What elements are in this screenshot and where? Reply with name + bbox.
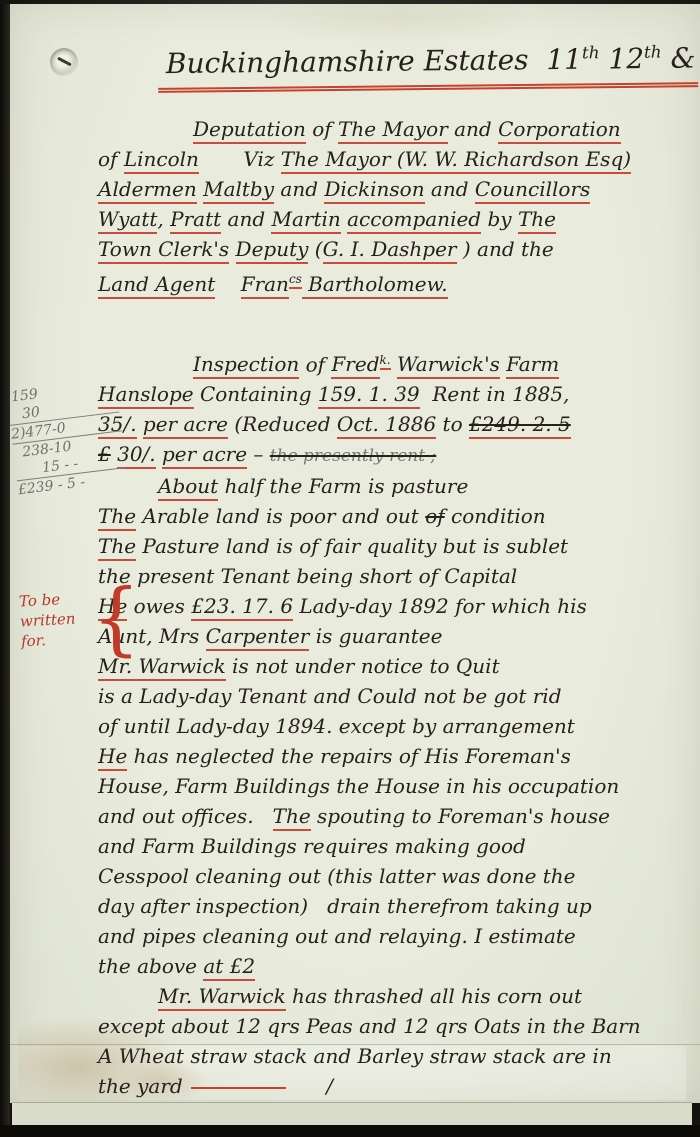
manuscript-line: £ 30/. per acre – the presently rent ; <box>98 439 696 471</box>
text-segment: Lincoln <box>124 147 199 174</box>
text-segment: The <box>98 504 136 531</box>
manuscript-line: and pipes cleaning out and relaying. I e… <box>98 921 696 951</box>
text-segment: Lady-day 1892 for which his <box>293 594 587 618</box>
manuscript-line: Aunt, Mrs Carpenter is guarantee <box>98 621 696 651</box>
text-segment: About <box>158 474 218 501</box>
text-segment: the presently rent ; <box>270 446 436 466</box>
text-segment: – <box>247 442 270 466</box>
text-segment: the yard <box>98 1074 189 1098</box>
text-segment: (Reduced <box>228 412 337 436</box>
text-segment: Carpenter <box>206 624 310 651</box>
text-segment: Deputy <box>236 237 309 264</box>
manuscript-line: Land Agent Francs Bartholomew. <box>98 264 696 299</box>
margin-brace: { <box>92 578 140 658</box>
text-segment <box>137 412 143 436</box>
text-segment: day after inspection) drain therefrom ta… <box>98 894 592 918</box>
manuscript-line: The Arable land is poor and out of condi… <box>98 501 696 531</box>
text-segment: & 13 <box>661 41 700 75</box>
text-segment: and Farm Buildings requires making good <box>98 834 526 858</box>
text-segment: Warwick's <box>397 352 500 379</box>
text-segment: and <box>221 207 271 231</box>
scanned-ledger-page: Buckinghamshire Estates 11th 12th & 13th… <box>0 0 700 1137</box>
text-segment: Bartholomew. <box>302 272 448 299</box>
text-segment <box>229 237 235 261</box>
manuscript-line: Cesspool cleaning out (this latter was d… <box>98 861 696 891</box>
text-segment: by <box>481 207 518 231</box>
text-segment: , <box>157 207 170 231</box>
text-segment: is guarantee <box>309 624 442 648</box>
text-segment: Buckinghamshire Estates <box>166 43 547 80</box>
text-segment: Arable land is poor and out <box>136 504 425 528</box>
text-segment: 12 <box>599 42 644 75</box>
manuscript-line: About half the Farm is pasture <box>98 471 696 501</box>
manuscript-line: the present Tenant being short of Capita… <box>98 561 696 591</box>
text-segment: Aldermen <box>98 177 197 204</box>
text-segment: Maltby <box>203 177 274 204</box>
paper-sheet: Buckinghamshire Estates 11th 12th & 13th… <box>10 4 700 1103</box>
text-segment: £23. 17. 6 <box>191 594 293 621</box>
text-segment: cs <box>289 272 302 289</box>
text-segment: per acre <box>143 412 228 439</box>
text-segment: of <box>299 352 331 376</box>
text-segment: the present Tenant being short of Capita… <box>98 564 517 588</box>
text-segment: Deputation <box>193 117 306 144</box>
text-segment: except about 12 qrs Peas and 12 qrs Oats… <box>98 1014 641 1038</box>
text-segment: th <box>644 42 662 62</box>
text-segment: Pasture land is of fair quality but is s… <box>136 534 568 558</box>
text-segment: per acre <box>162 442 247 469</box>
manuscript-line: and out offices. The spouting to Foreman… <box>98 801 696 831</box>
manuscript-line: Wyatt, Pratt and Martin accompanied by T… <box>98 204 696 234</box>
manuscript-line: except about 12 qrs Peas and 12 qrs Oats… <box>98 1011 696 1041</box>
text-segment: ( <box>308 237 322 261</box>
text-segment: Fred <box>331 352 379 379</box>
text-segment: The <box>98 534 136 561</box>
text-segment: 11 <box>546 43 582 76</box>
text-segment: and out offices. <box>98 804 273 828</box>
text-segment: Martin <box>271 207 340 234</box>
text-segment: Farm <box>506 352 559 379</box>
text-segment: Rent in 1885, <box>420 382 570 406</box>
text-segment: has neglected the repairs of His Foreman… <box>127 744 571 768</box>
text-segment: The <box>273 804 311 831</box>
manuscript-line: the yard / <box>98 1071 696 1101</box>
manuscript-line: He owes £23. 17. 6 Lady-day 1892 for whi… <box>98 591 696 621</box>
text-segment: and pipes cleaning out and relaying. I e… <box>98 924 576 948</box>
text-segment: condition <box>445 504 546 528</box>
text-segment: Oct. 1886 <box>337 412 436 439</box>
text-segment: and <box>448 117 498 141</box>
margin-pencil-calculation: 159 302)477-0 238-10 15 - -£239 - 5 - <box>6 376 129 500</box>
text-segment: of <box>306 117 338 141</box>
text-segment: Land Agent <box>98 272 215 299</box>
manuscript-line: 35/. per acre (Reduced Oct. 1886 to £249… <box>98 409 696 439</box>
manuscript-line: Mr. Warwick is not under notice to Quit <box>98 651 696 681</box>
text-segment: of until Lady-day 1894. except by arrang… <box>98 714 575 738</box>
text-segment: Fran <box>241 272 289 299</box>
manuscript-line: The Pasture land is of fair quality but … <box>98 531 696 561</box>
manuscript-line: Mr. Warwick has thrashed all his corn ou… <box>98 981 696 1011</box>
manuscript-line: of until Lady-day 1894. except by arrang… <box>98 711 696 741</box>
text-segment: Inspection <box>193 352 299 379</box>
text-segment: of <box>98 147 124 171</box>
text-segment: to <box>436 412 469 436</box>
text-segment: half the Farm is pasture <box>218 474 468 498</box>
text-segment: The <box>518 207 556 234</box>
text-segment: k. <box>380 353 391 370</box>
text-segment: Town Clerk's <box>98 237 229 264</box>
manuscript-line: of Lincoln Viz The Mayor (W. W. Richards… <box>98 144 696 174</box>
text-segment <box>391 352 397 376</box>
text-segment: and <box>425 177 475 201</box>
text-segment: the above <box>98 954 203 978</box>
text-segment: is a Lady-day Tenant and Could not be go… <box>98 684 562 708</box>
manuscript-line: and Farm Buildings requires making good <box>98 831 696 861</box>
manuscript-line: Aldermen Maltby and Dickinson and Counci… <box>98 174 696 204</box>
text-segment: is not under notice to Quit <box>226 654 500 678</box>
text-segment: The Mayor (W. W. Richardson Esq) <box>281 147 631 174</box>
margin-note-red: To bewrittenfor. <box>18 589 76 652</box>
punch-hole <box>50 48 78 76</box>
text-segment: 159. 1. 39 <box>318 382 420 409</box>
manuscript-line: the above at £2 <box>98 951 696 981</box>
binding-edge-bottom <box>0 1125 700 1137</box>
under-sheet-edge <box>12 1102 692 1127</box>
text-segment: The Mayor <box>338 117 448 144</box>
text-segment: Dickinson <box>324 177 424 204</box>
text-segment: has thrashed all his corn out <box>286 984 582 1008</box>
document-title: Buckinghamshire Estates 11th 12th & 13th… <box>158 41 698 93</box>
text-segment: and <box>274 177 324 201</box>
text-segment: Viz <box>199 147 281 171</box>
manuscript-line: A Wheat straw stack and Barley straw sta… <box>98 1041 696 1071</box>
text-segment: Cesspool cleaning out (this latter was d… <box>98 864 576 888</box>
manuscript-line: Inspection of Fredk. Warwick's Farm <box>98 345 696 380</box>
text-segment: House, Farm Buildings the House in his o… <box>98 774 619 798</box>
text-segment: He <box>98 744 127 771</box>
text-segment: accompanied <box>347 207 481 234</box>
manuscript-line: is a Lady-day Tenant and Could not be go… <box>98 681 696 711</box>
text-segment: Pratt <box>170 207 221 234</box>
text-segment: Mr. Warwick <box>158 984 286 1011</box>
red-note-line: for. <box>21 629 77 652</box>
text-segment: Containing <box>194 382 318 406</box>
text-segment: Corporation <box>498 117 621 144</box>
binding-edge-top <box>0 0 700 4</box>
red-note-line: written <box>20 609 76 632</box>
text-segment: Councillors <box>475 177 590 204</box>
manuscript-line: day after inspection) drain therefrom ta… <box>98 891 696 921</box>
manuscript-line: Deputation of The Mayor and Corporation <box>98 114 696 144</box>
text-segment: ) and the <box>457 237 554 261</box>
text-segment: at £2 <box>203 954 255 981</box>
manuscript-line: Hanslope Containing 159. 1. 39 Rent in 1… <box>98 379 696 409</box>
text-segment: Wyatt <box>98 207 157 234</box>
text-segment: / <box>288 1074 333 1098</box>
stain <box>270 0 530 42</box>
text-segment: £249. 2. 5 <box>469 412 571 439</box>
text-segment: spouting to Foreman's house <box>311 804 610 828</box>
manuscript-line: Town Clerk's Deputy (G. I. Dashper ) and… <box>98 234 696 264</box>
binding-edge-left <box>0 0 10 1137</box>
text-segment <box>215 272 240 296</box>
manuscript-line: House, Farm Buildings the House in his o… <box>98 771 696 801</box>
manuscript-body: Deputation of The Mayor and Corporationo… <box>98 114 696 1101</box>
text-segment: of <box>425 504 444 528</box>
red-underline-rule <box>191 1087 286 1089</box>
text-segment: th <box>582 42 600 62</box>
manuscript-line: He has neglected the repairs of His Fore… <box>98 741 696 771</box>
text-segment: G. I. Dashper <box>323 237 457 264</box>
text-segment: A Wheat straw stack and Barley straw sta… <box>98 1044 612 1068</box>
